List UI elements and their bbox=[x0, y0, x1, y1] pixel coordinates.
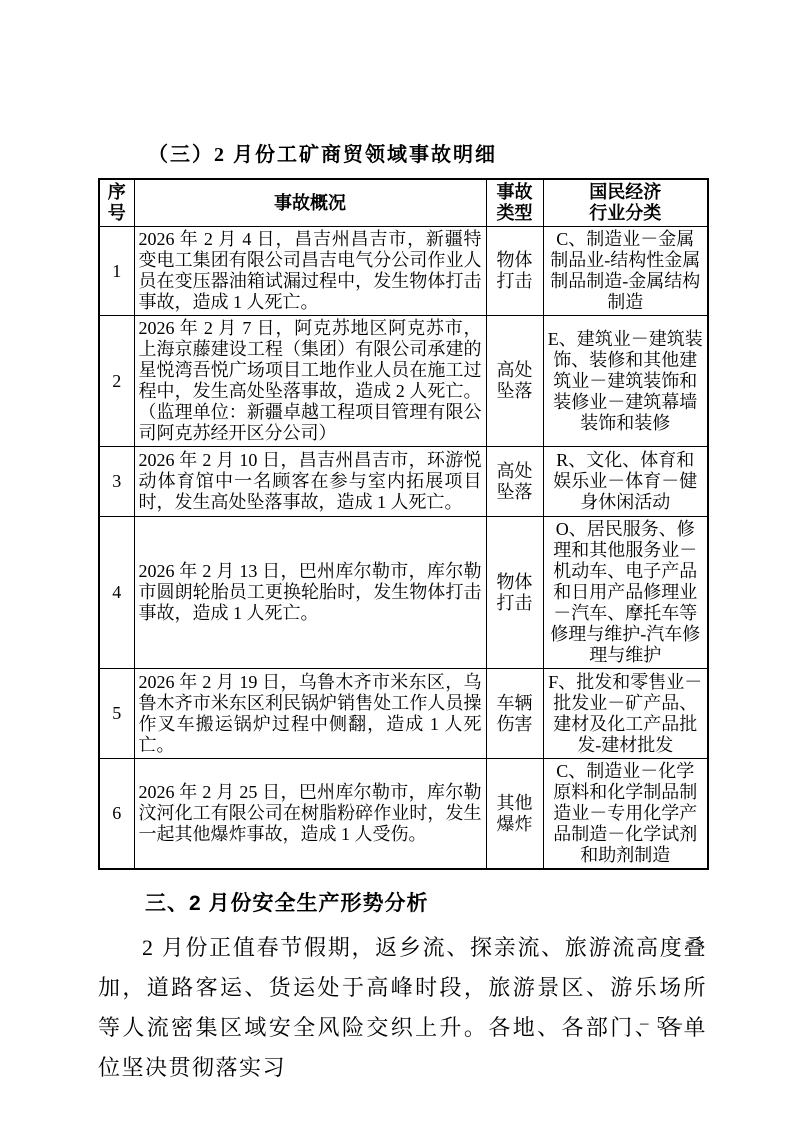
row-type: 其他 爆炸 bbox=[486, 759, 543, 870]
row-summary: 2026 年 2 月 10 日，昌吉州昌吉市，环游悦动体育馆中一名顾客在参与室内… bbox=[134, 447, 486, 517]
table-row: 5 2026 年 2 月 19 日，乌鲁木齐市米东区，乌鲁木齐市米东区利民锅炉销… bbox=[99, 669, 708, 759]
row-industry: C、制造业－化学原料和化学制品制造业－专用化学产品制造－化学试剂和助剂制造 bbox=[543, 759, 708, 870]
col-header-no: 序 号 bbox=[99, 179, 134, 227]
row-industry: F、批发和零售业－批发业－矿产品、建材及化工产品批发-建材批发 bbox=[543, 669, 708, 759]
table-row: 1 2026 年 2 月 4 日，昌吉州昌吉市，新疆特变电工集团有限公司昌吉电气… bbox=[99, 227, 708, 316]
row-no: 5 bbox=[99, 669, 134, 759]
row-type: 车辆 伤害 bbox=[486, 669, 543, 759]
subsection-title: （三）2 月份工矿商贸领域事故明细 bbox=[148, 141, 707, 169]
analysis-paragraph: 2 月份正值春节假期，返乡流、探亲流、旅游流高度叠加，道路客运、货运处于高峰时段… bbox=[98, 928, 707, 1088]
row-no: 4 bbox=[99, 517, 134, 669]
col-header-summary: 事故概况 bbox=[134, 179, 486, 227]
section-heading: 三、2 月份安全生产形势分析 bbox=[145, 889, 707, 919]
row-summary: 2026 年 2 月 19 日，乌鲁木齐市米东区，乌鲁木齐市米东区利民锅炉销售处… bbox=[134, 669, 486, 759]
table-header-row: 序 号 事故概况 事故 类型 国民经济 行业分类 bbox=[99, 179, 708, 227]
row-no: 1 bbox=[99, 227, 134, 316]
table-row: 3 2026 年 2 月 10 日，昌吉州昌吉市，环游悦动体育馆中一名顾客在参与… bbox=[99, 447, 708, 517]
row-industry: E、建筑业－建筑装饰、装修和其他建筑业－建筑装饰和装修业－建筑幕墙装饰和装修 bbox=[543, 316, 708, 447]
row-summary: 2026 年 2 月 13 日，巴州库尔勒市，库尔勒市圆朗轮胎员工更换轮胎时，发… bbox=[134, 517, 486, 669]
row-no: 3 bbox=[99, 447, 134, 517]
accident-detail-table: 序 号 事故概况 事故 类型 国民经济 行业分类 1 2026 年 2 月 4 … bbox=[98, 178, 709, 870]
row-industry: R、文化、体育和娱乐业－体育－健身休闲活动 bbox=[543, 447, 708, 517]
page-content: （三）2 月份工矿商贸领域事故明细 序 号 事故概况 事故 类型 国民经济 行业… bbox=[98, 141, 707, 1088]
row-no: 6 bbox=[99, 759, 134, 870]
row-type: 高处 坠落 bbox=[486, 447, 543, 517]
table-row: 6 2026 年 2 月 25 日，巴州库尔勒市，库尔勒汶河化工有限公司在树脂粉… bbox=[99, 759, 708, 870]
table-row: 2 2026 年 2 月 7 日，阿克苏地区阿克苏市，上海京藤建设工程（集团）有… bbox=[99, 316, 708, 447]
row-type: 物体 打击 bbox=[486, 517, 543, 669]
row-type: 高处 坠落 bbox=[486, 316, 543, 447]
row-industry: O、居民服务、修理和其他服务业－机动车、电子产品和日用产品修理业－汽车、摩托车等… bbox=[543, 517, 708, 669]
row-summary: 2026 年 2 月 4 日，昌吉州昌吉市，新疆特变电工集团有限公司昌吉电气分公… bbox=[134, 227, 486, 316]
row-type: 物体 打击 bbox=[486, 227, 543, 316]
col-header-industry: 国民经济 行业分类 bbox=[543, 179, 708, 227]
row-summary: 2026 年 2 月 7 日，阿克苏地区阿克苏市，上海京藤建设工程（集团）有限公… bbox=[134, 316, 486, 447]
table-row: 4 2026 年 2 月 13 日，巴州库尔勒市，库尔勒市圆朗轮胎员工更换轮胎时… bbox=[99, 517, 708, 669]
row-no: 2 bbox=[99, 316, 134, 447]
page-number: – 5 – bbox=[640, 1013, 684, 1033]
row-industry: C、制造业－金属制品业-结构性金属制品制造-金属结构制造 bbox=[543, 227, 708, 316]
row-summary: 2026 年 2 月 25 日，巴州库尔勒市，库尔勒汶河化工有限公司在树脂粉碎作… bbox=[134, 759, 486, 870]
document-page: （三）2 月份工矿商贸领域事故明细 序 号 事故概况 事故 类型 国民经济 行业… bbox=[0, 0, 793, 1122]
col-header-type: 事故 类型 bbox=[486, 179, 543, 227]
